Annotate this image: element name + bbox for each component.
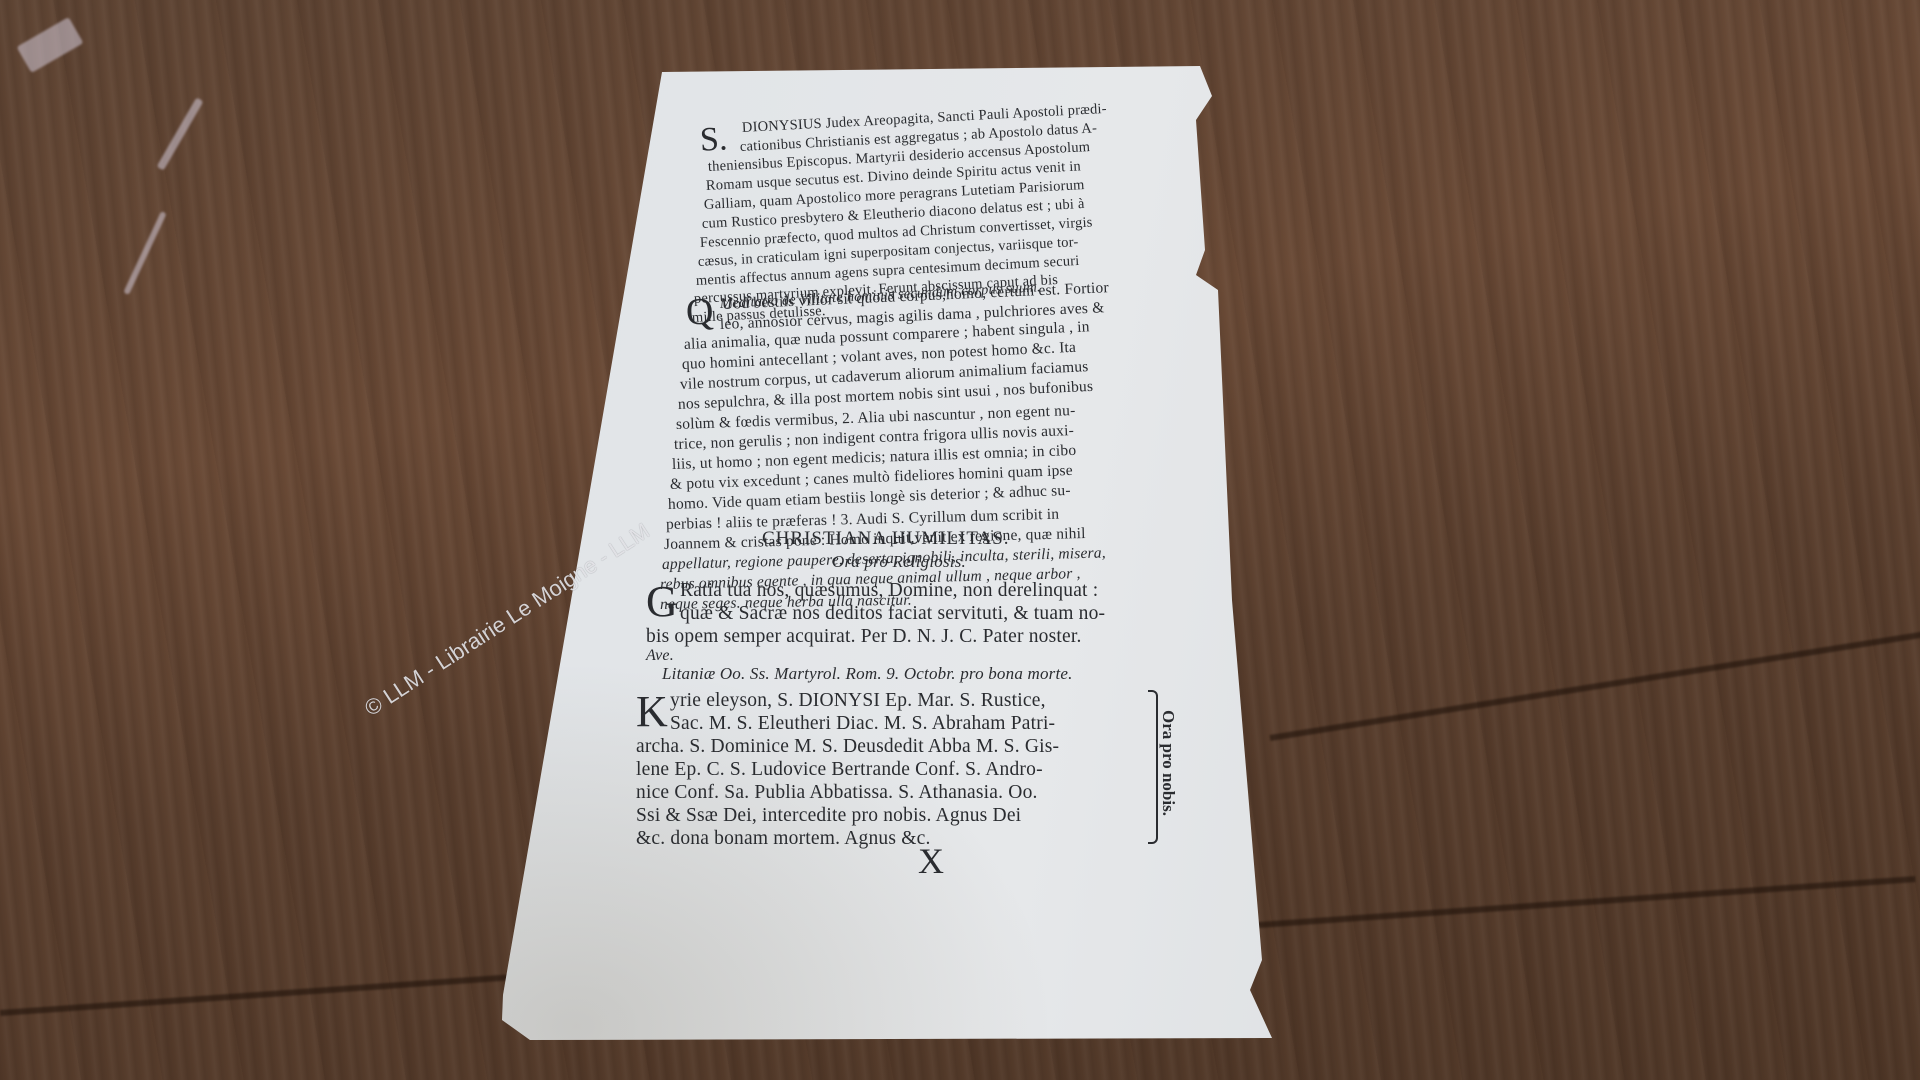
text-line: Ave. xyxy=(646,647,674,665)
section-subheading: Ora pro Religiosis. xyxy=(832,552,966,572)
dropcap-k: K xyxy=(636,690,668,734)
page-signature-mark: X xyxy=(918,840,944,882)
dropcap-g: G xyxy=(646,580,678,624)
litany-title: Litaniæ Oo. Ss. Martyrol. Rom. 9. Octobr… xyxy=(662,664,1073,684)
text-line: quæ & Sacræ nos deditos faciat servituti… xyxy=(680,603,1105,625)
text-line: nice Conf. Sa. Publia Abbatissa. S. Atha… xyxy=(636,782,1038,804)
document-text: S. DIONYSIUS Judex Areopagita, Sancti Pa… xyxy=(0,0,1920,1080)
section-heading: CHRISTIANA HUMILITAS. xyxy=(762,528,1009,550)
dropcap-q: Q xyxy=(685,289,714,334)
text-line: yrie eleyson, S. DIONYSI Ep. Mar. S. Rus… xyxy=(670,690,1046,712)
text-line: lene Ep. C. S. Ludovice Bertrande Conf. … xyxy=(636,759,1043,781)
text-line: archa. S. Dominice M. S. Deusdedit Abba … xyxy=(636,736,1059,758)
text-line: &c. dona bonam mortem. Agnus &c. xyxy=(636,828,931,850)
text-line: bis opem semper acquirat. Per D. N. J. C… xyxy=(646,626,1082,648)
dropcap-s: S. xyxy=(699,117,729,162)
text-line: Ratia tua nos, quæsumus, Domine, non der… xyxy=(680,580,1098,602)
brace-bracket xyxy=(1148,690,1158,844)
text-line: Ssi & Ssæ Dei, intercedite pro nobis. Ag… xyxy=(636,805,1021,827)
side-note: Ora pro nobis. xyxy=(1158,710,1178,816)
text-line: Sac. M. S. Eleutheri Diac. M. S. Abraham… xyxy=(670,713,1055,735)
